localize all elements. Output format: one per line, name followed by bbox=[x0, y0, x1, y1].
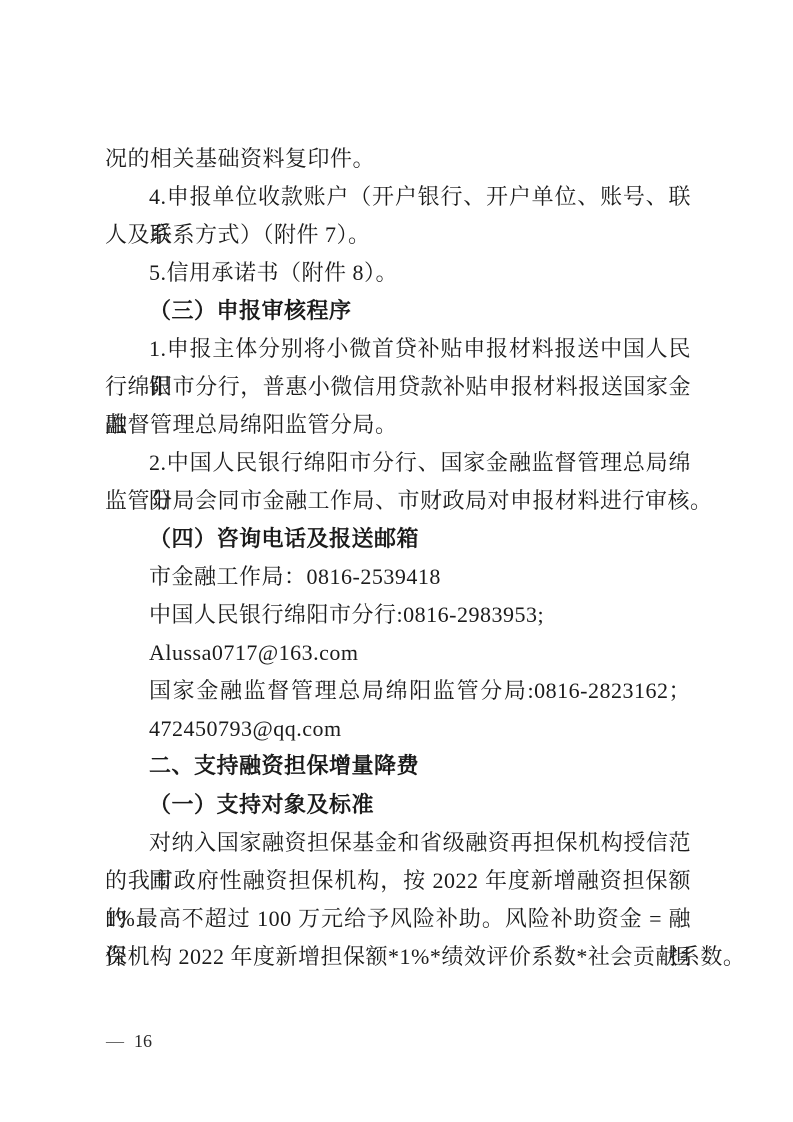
body-text-line: 2.中国人民银行绵阳市分行、国家金融监督管理总局绵阳 bbox=[105, 444, 691, 482]
contact-phone-line: 中国人民银行绵阳市分行:0816-2983953; bbox=[105, 596, 691, 634]
subsection-heading-3: （三）申报审核程序 bbox=[105, 292, 691, 330]
body-text-line: 监管分局会同市金融工作局、市财政局对申报材料进行审核。 bbox=[105, 482, 691, 520]
contact-email-line: 472450793@qq.com bbox=[105, 710, 691, 748]
footer-dash: — bbox=[106, 1028, 124, 1054]
body-text-line: 4.申报单位收款账户（开户银行、开户单位、账号、联系 bbox=[105, 178, 691, 216]
contact-email-line: Alussa0717@163.com bbox=[105, 634, 691, 672]
subsection-heading-1: （一）支持对象及标准 bbox=[105, 786, 691, 824]
contact-phone-line: 国家金融监督管理总局绵阳监管分局:0816-2823162； bbox=[105, 672, 691, 710]
page-number: 16 bbox=[134, 1031, 152, 1051]
contact-phone-line: 市金融工作局：0816-2539418 bbox=[105, 558, 691, 596]
body-text-line: 1.申报主体分别将小微首贷补贴申报材料报送中国人民银 bbox=[105, 330, 691, 368]
section-heading-2: 二、支持融资担保增量降费 bbox=[105, 748, 691, 786]
document-content: 况的相关基础资料复印件。 4.申报单位收款账户（开户银行、开户单位、账号、联系 … bbox=[105, 140, 691, 976]
body-text-line: 的我市政府性融资担保机构，按 2022 年度新增融资担保额的 bbox=[105, 862, 691, 900]
body-text-line: 5.信用承诺书（附件 8）。 bbox=[105, 254, 691, 292]
page-footer: —16 bbox=[106, 1028, 152, 1054]
body-text-line: 人及联系方式）（附件 7）。 bbox=[105, 216, 691, 254]
body-text-line: 保机构 2022 年度新增担保额*1%*绩效评价系数*社会贡献系数。 bbox=[105, 938, 691, 976]
body-text-line: 况的相关基础资料复印件。 bbox=[105, 140, 691, 178]
document-page: 况的相关基础资料复印件。 4.申报单位收款账户（开户银行、开户单位、账号、联系 … bbox=[0, 0, 793, 1122]
subsection-heading-4: （四）咨询电话及报送邮箱 bbox=[105, 520, 691, 558]
body-text-line: 监督管理总局绵阳监管分局。 bbox=[105, 406, 691, 444]
body-text-line: 1%最高不超过 100 万元给予风险补助。风险补助资金 = 融资担 bbox=[105, 900, 691, 938]
body-text-line: 对纳入国家融资担保基金和省级融资再担保机构授信范围 bbox=[105, 824, 691, 862]
body-text-line: 行绵阳市分行，普惠小微信用贷款补贴申报材料报送国家金融 bbox=[105, 368, 691, 406]
